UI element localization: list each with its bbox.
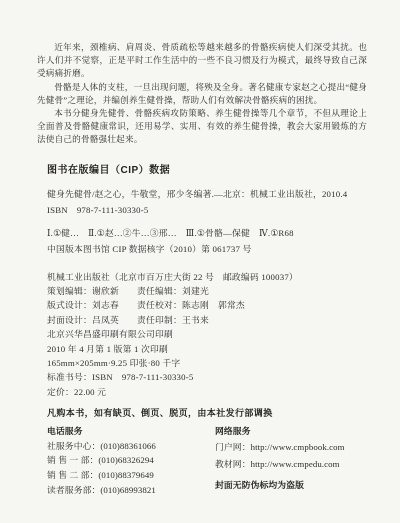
services-section: 电话服务 社服务中心：(010)88361066 销 售 一 部：(010)68… bbox=[47, 424, 367, 497]
phone-sales-dept-2: 销 售 二 部：(010)88379649 bbox=[47, 468, 215, 483]
planning-editor-line: 策划编辑：谢欣新 责任编辑：刘建光 bbox=[47, 284, 367, 298]
phone-sales-dept-1: 销 售 一 部：(010)68326294 bbox=[47, 453, 215, 468]
layout-design-line: 版式设计：刘志春 责任校对：陈志刚 郭常杰 bbox=[47, 298, 367, 312]
publisher-address-line: 机械工业出版社（北京市百万庄大街 22 号 邮政编码 100037） bbox=[47, 270, 367, 284]
cip-heading: 图书在版编目（CIP）数据 bbox=[47, 161, 367, 176]
printer-line: 北京兴华昌盛印刷有限公司印刷 bbox=[47, 327, 367, 341]
anti-piracy-warning: 封面无防伪标均为盗版 bbox=[215, 478, 367, 493]
network-service-column: 网络服务 门户网：http://www.cmpbook.com 教材网：http… bbox=[215, 424, 367, 497]
cover-design-line: 封面设计：吕凤英 责任印制：王书来 bbox=[47, 313, 367, 327]
intro-paragraph-1: 近年来，颈椎病、肩周炎、骨质疏松等越来越多的骨骼疾病使人们深受其扰。也许人们并不… bbox=[37, 41, 367, 81]
price-line: 定价：22.00 元 bbox=[47, 385, 367, 399]
cip-isbn: ISBN 978-7-111-30330-5 bbox=[47, 202, 367, 219]
cip-book-description: 健身先健骨/赵之心，牛敬堂，邢少冬编著.—北京：机械工业出版社，2010.4 bbox=[47, 186, 367, 203]
cip-section: 图书在版编目（CIP）数据 健身先健骨/赵之心，牛敬堂，邢少冬编著.—北京：机械… bbox=[37, 161, 367, 257]
intro-paragraph-3: 本书分健身先健骨、骨骼疾病攻防策略、养生健骨操等几个章节，不但从理论上全面普及骨… bbox=[37, 107, 367, 147]
phone-reader-service: 读者服务部：(010)68993821 bbox=[47, 483, 215, 498]
book-copyright-page: 近年来，颈椎病、肩周炎、骨质疏松等越来越多的骨骼疾病使人们深受其扰。也许人们并不… bbox=[0, 0, 400, 523]
network-service-heading: 网络服务 bbox=[215, 424, 367, 439]
textbook-website-line: 教材网：http://www.cmpedu.com bbox=[215, 456, 367, 473]
standard-isbn-line: 标准书号：ISBN 978-7-111-30330-5 bbox=[47, 370, 367, 384]
cip-registry-number: 中国版本图书馆 CIP 数据核字（2010）第 061737 号 bbox=[47, 241, 367, 257]
phone-service-center: 社服务中心：(010)88361066 bbox=[47, 439, 215, 454]
publisher-info-section: 机械工业出版社（北京市百万庄大街 22 号 邮政编码 100037） 策划编辑：… bbox=[47, 270, 367, 400]
cip-classification: Ⅰ.①健… Ⅱ.①赵…②牛…③邢… Ⅲ.①骨骼—保健 Ⅳ.①R68 bbox=[47, 226, 367, 241]
phone-service-column: 电话服务 社服务中心：(010)88361066 销 售 一 部：(010)68… bbox=[47, 424, 215, 497]
intro-paragraph-2: 骨骼是人体的支柱，一旦出现问题，将殃及全身。著名健康专家赵之心提出“健身先健骨”… bbox=[37, 81, 367, 107]
format-line: 165mm×205mm·9.25 印张·80 千字 bbox=[47, 356, 367, 370]
intro-section: 近年来，颈椎病、肩周炎、骨质疏松等越来越多的骨骼疾病使人们深受其扰。也许人们并不… bbox=[37, 41, 367, 147]
portal-website-line: 门户网：http://www.cmpbook.com bbox=[215, 439, 367, 456]
edition-line: 2010 年 4 月第 1 版第 1 次印刷 bbox=[47, 342, 367, 356]
phone-service-heading: 电话服务 bbox=[47, 424, 215, 439]
replacement-notice: 凡购本书，如有缺页、倒页、脱页，由本社发行部调换 bbox=[47, 406, 367, 420]
